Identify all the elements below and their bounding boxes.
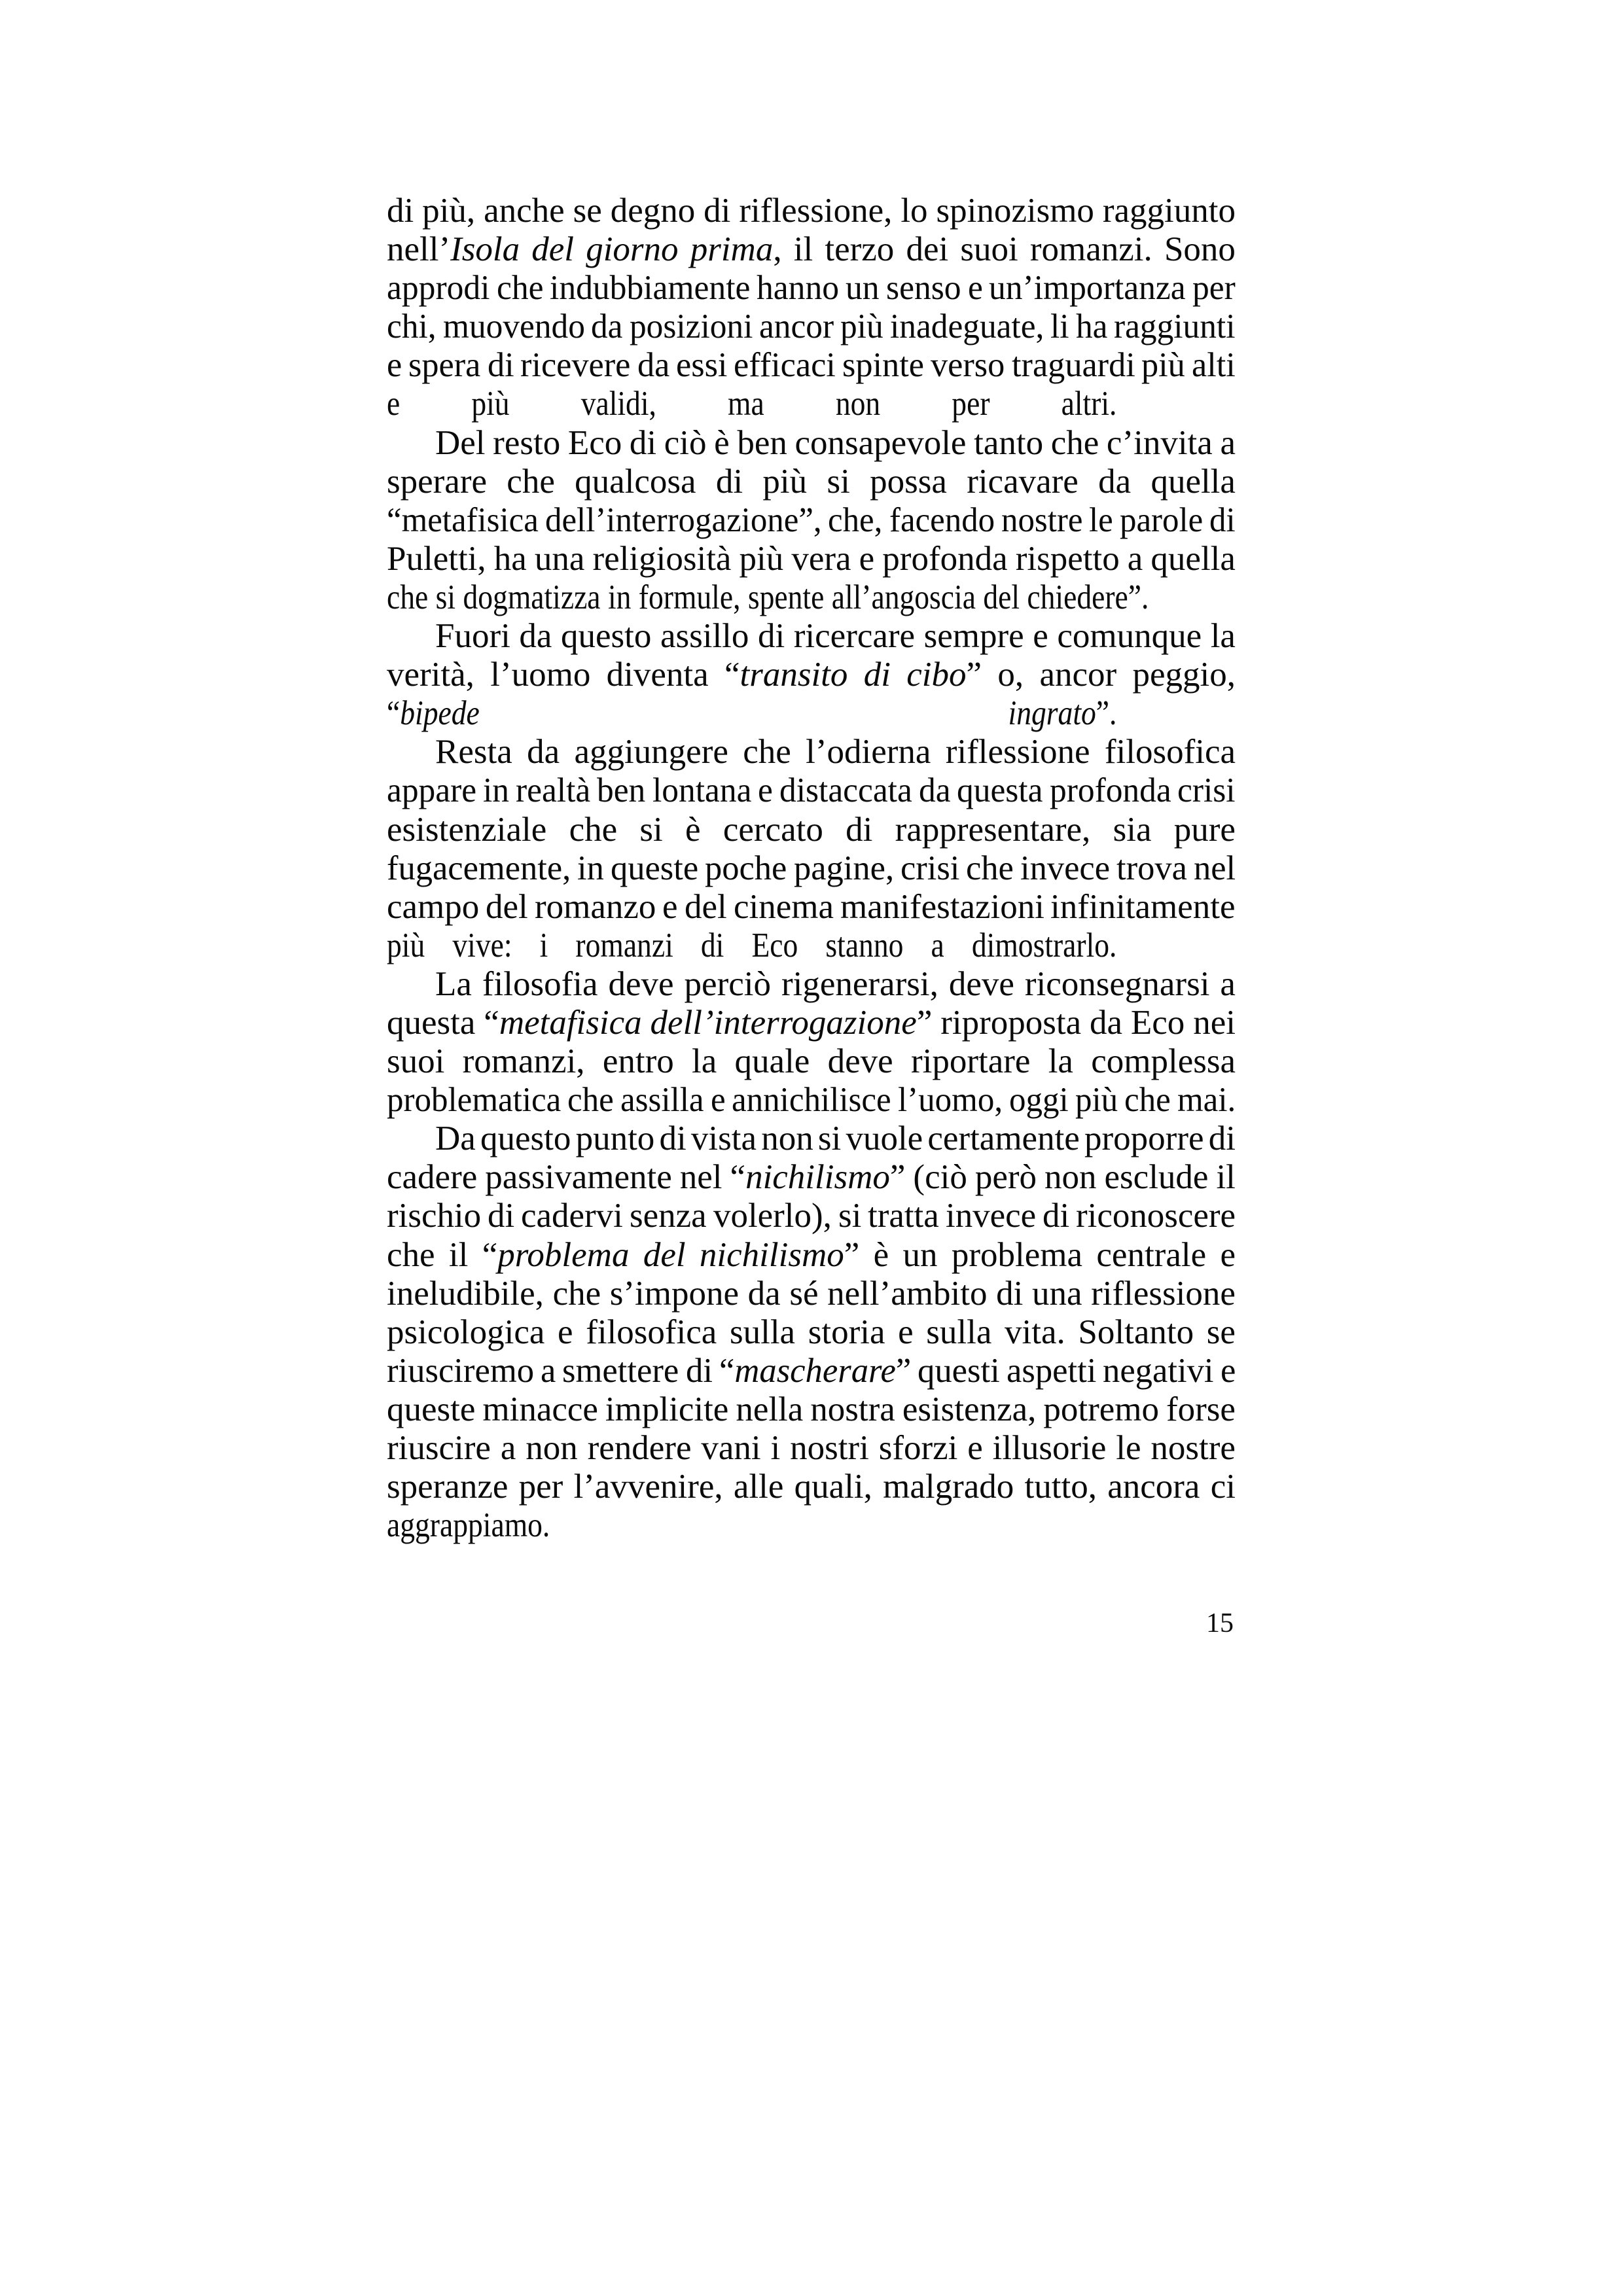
- text: a: [1220, 965, 1236, 1003]
- word: a: [1220, 965, 1236, 1004]
- word: li: [1050, 308, 1069, 346]
- text-line: aggrappiamo.: [387, 1506, 1236, 1545]
- word: in: [608, 578, 631, 617]
- text: filosofica: [1105, 733, 1236, 771]
- text: l’odierna: [806, 733, 931, 771]
- word: possa: [870, 463, 947, 501]
- text: di: [1043, 1197, 1069, 1235]
- word: vuole: [846, 1120, 923, 1158]
- text: nel: [1194, 849, 1236, 887]
- text: romanzi: [575, 927, 673, 964]
- text: Resta: [435, 733, 512, 771]
- word: del: [643, 1236, 686, 1275]
- text: “: [387, 694, 400, 732]
- text: che: [497, 269, 544, 307]
- text: Del: [435, 424, 486, 462]
- word: efficaci: [734, 346, 834, 385]
- text: poche: [705, 849, 787, 887]
- text: nostra: [810, 1390, 895, 1428]
- word: pure: [1174, 811, 1236, 849]
- text: nostre: [1150, 1429, 1236, 1467]
- word: s’impone: [610, 1275, 739, 1313]
- text: efficaci: [734, 346, 836, 384]
- text: è: [874, 1236, 889, 1274]
- text: da: [1098, 463, 1131, 501]
- word: psicologica: [387, 1313, 544, 1352]
- text: questa: [957, 771, 1043, 809]
- text: c’invita: [1107, 424, 1213, 462]
- text: i: [540, 927, 548, 964]
- word: quali,: [794, 1468, 872, 1506]
- word: da: [748, 1275, 781, 1313]
- text: profonda: [882, 540, 1007, 578]
- word: deve: [609, 965, 674, 1004]
- word: che: [1051, 424, 1099, 463]
- word: e: [859, 540, 875, 578]
- word: nostre: [1150, 1429, 1236, 1468]
- word: spinozismo: [936, 192, 1094, 230]
- word: è: [874, 1236, 889, 1275]
- text: lo: [901, 192, 927, 230]
- word: “bipede: [387, 694, 480, 733]
- text: posizioni: [630, 308, 753, 345]
- word: riconsegnarsi: [1025, 965, 1210, 1004]
- word: di: [758, 617, 785, 656]
- word: inadeguate,: [890, 308, 1039, 346]
- text: vani: [701, 1429, 760, 1467]
- text: più: [840, 308, 883, 345]
- text: complessa: [1091, 1042, 1236, 1080]
- text: più: [762, 463, 807, 501]
- text-line: e più validi, ma non per altri.: [387, 385, 1236, 423]
- text: in: [483, 771, 509, 809]
- text: ”: [890, 1158, 906, 1196]
- word: un: [846, 269, 878, 308]
- word: degno: [611, 192, 696, 230]
- word: esistenza,: [902, 1390, 1037, 1429]
- text: ha: [494, 540, 527, 578]
- text: dimostrarlo.: [972, 927, 1117, 964]
- word: sperare: [387, 463, 487, 501]
- text: manifestazioni: [840, 888, 1044, 926]
- word: da: [1090, 1004, 1122, 1042]
- text: di: [488, 346, 514, 384]
- word: e: [968, 269, 982, 308]
- word: senza: [630, 1197, 706, 1235]
- text: “: [730, 1158, 746, 1196]
- word: che: [497, 269, 543, 308]
- word: del: [983, 578, 1020, 617]
- word: di: [659, 1120, 686, 1158]
- word: il: [449, 1236, 468, 1275]
- text: da: [1090, 1004, 1122, 1042]
- text: ricavare: [967, 463, 1079, 501]
- word: di: [387, 192, 414, 230]
- word: traguardi: [1012, 346, 1133, 385]
- text: di: [701, 927, 724, 964]
- text: punto: [576, 1120, 655, 1157]
- word: filosofia: [482, 965, 598, 1004]
- word: più: [1075, 1081, 1116, 1120]
- text: che: [567, 1081, 614, 1119]
- text: essi: [676, 346, 727, 384]
- text: le: [1116, 1429, 1141, 1467]
- text: cadervi: [521, 1197, 623, 1235]
- text: in: [608, 578, 631, 616]
- word: senso: [886, 269, 959, 308]
- word: trova: [1116, 849, 1186, 888]
- word: illusorie: [993, 1429, 1107, 1468]
- text-line: rischiodicadervisenzavolerlo),sitrattain…: [387, 1197, 1236, 1235]
- word: tanto: [974, 424, 1043, 463]
- text: cinema: [734, 888, 834, 926]
- italic-text: nichilismo: [700, 1236, 844, 1274]
- word: filosofica: [586, 1313, 717, 1352]
- word: muovendo: [443, 308, 580, 346]
- word: e: [387, 346, 402, 385]
- text: che: [569, 811, 618, 849]
- text: filosofica: [586, 1313, 717, 1351]
- word: Del: [435, 424, 486, 463]
- word: del: [531, 230, 574, 269]
- word: nell’ambito: [827, 1275, 987, 1313]
- word: rischio: [387, 1197, 481, 1235]
- word: che: [743, 733, 791, 771]
- paragraph-first-line: Lafilosofiadeveperciòrigenerarsi,deveric…: [387, 965, 1236, 1004]
- word: si: [827, 463, 849, 501]
- text-line: questa“metafisicadell’interrogazione”rip…: [387, 1004, 1236, 1042]
- word: lo: [901, 192, 927, 230]
- word: più,: [422, 192, 475, 230]
- word: da: [637, 346, 669, 385]
- word: negativi: [1103, 1352, 1213, 1390]
- word: l’uomo,: [898, 1081, 999, 1120]
- text-line: psicologicaefilosoficasullastoriaesullav…: [387, 1313, 1236, 1352]
- text-line: cheil“problemadelnichilismo”èunproblemac…: [387, 1236, 1236, 1275]
- text: riflessione,: [739, 192, 892, 230]
- word: verità,: [387, 656, 474, 694]
- italic-text: dell’interrogazione: [651, 1004, 917, 1042]
- text: si: [827, 463, 849, 501]
- text: non: [761, 1120, 813, 1157]
- word: nichilismo”: [700, 1236, 859, 1275]
- word: le: [1116, 1429, 1141, 1468]
- word: spinte: [842, 346, 923, 385]
- word: di: [864, 656, 891, 694]
- word: di: [1209, 501, 1234, 540]
- text: assilla: [620, 1081, 704, 1119]
- word: (ciò: [913, 1158, 967, 1197]
- word: e: [662, 888, 678, 927]
- text: ha: [1076, 308, 1107, 345]
- text: e: [1220, 1236, 1236, 1274]
- text: rappresentare,: [895, 811, 1091, 849]
- text: da: [919, 771, 951, 809]
- word: dei: [906, 230, 948, 269]
- text: è: [714, 424, 730, 462]
- word: cercato: [723, 811, 823, 849]
- text: campo: [387, 888, 479, 926]
- italic-text: problema: [497, 1236, 629, 1274]
- word: formule,: [639, 578, 741, 617]
- word: a: [541, 1352, 556, 1390]
- word: quella: [1150, 463, 1236, 501]
- text: una: [535, 540, 585, 578]
- word: cibo”: [906, 656, 982, 694]
- word: la: [1211, 617, 1236, 656]
- paragraph-first-line: Fuoridaquestoassillodiricercaresempreeco…: [387, 617, 1236, 656]
- text: chiedere”.: [1027, 578, 1149, 616]
- word: le: [1089, 501, 1112, 540]
- text: vera: [791, 540, 851, 578]
- text: questo: [480, 1120, 571, 1157]
- text: più,: [422, 192, 475, 230]
- text: l’avvenire,: [574, 1468, 723, 1506]
- word: aggrappiamo.: [387, 1506, 550, 1545]
- text: anche: [484, 192, 565, 230]
- italic-text: prima: [690, 230, 774, 268]
- text: una: [1032, 1275, 1082, 1313]
- text: riconsegnarsi: [1025, 965, 1210, 1003]
- word: c’invita: [1107, 424, 1213, 463]
- text: che: [507, 463, 555, 501]
- text: ma: [728, 385, 764, 423]
- text: aggiungere: [574, 733, 728, 771]
- text: appare: [387, 771, 476, 809]
- word: invece: [1020, 849, 1109, 888]
- word: realtà: [516, 771, 588, 810]
- text: ben: [597, 771, 645, 809]
- text: nell’: [387, 230, 450, 268]
- text: questa: [387, 1004, 475, 1042]
- text: facendo: [889, 501, 995, 539]
- text: ricercare: [794, 617, 915, 655]
- word: volerlo),: [713, 1197, 832, 1235]
- text: e: [711, 1081, 726, 1119]
- text: Puletti,: [387, 540, 486, 578]
- text: qualcosa: [575, 463, 696, 501]
- text: “: [724, 656, 740, 694]
- text: e: [968, 269, 983, 307]
- word: da: [591, 308, 622, 346]
- text: di: [630, 424, 656, 462]
- italic-text: nichilismo: [745, 1158, 890, 1196]
- word: resto: [493, 424, 560, 463]
- text: ricevere: [520, 346, 630, 384]
- paragraph-first-line: Restadaaggiungerechel’odiernariflessione…: [387, 733, 1236, 771]
- word: nei: [1193, 1004, 1236, 1042]
- word: una: [535, 540, 585, 578]
- text: cadere: [387, 1158, 477, 1196]
- word: più: [762, 463, 807, 501]
- text-line: questeminacceimplicitenellanostraesisten…: [387, 1390, 1236, 1429]
- text: “: [482, 1236, 498, 1274]
- word: vani: [701, 1429, 760, 1468]
- word: ben: [597, 771, 644, 810]
- word: questo: [561, 617, 651, 656]
- word: problema: [952, 1236, 1082, 1275]
- text: e: [967, 1429, 983, 1467]
- text: da: [637, 346, 669, 384]
- text: aspetti: [1007, 1352, 1096, 1390]
- text: nostri: [790, 1429, 869, 1467]
- text-line: riusciremoasmetteredi“mascherare”questia…: [387, 1352, 1236, 1390]
- text: alti: [1192, 346, 1236, 384]
- text: possa: [870, 463, 947, 501]
- text-line: che si dogmatizza in formule, spente all…: [387, 578, 1236, 617]
- word: un’importanza: [989, 269, 1180, 308]
- word: che: [387, 578, 428, 617]
- text: realtà: [516, 771, 590, 809]
- word: dell’interrogazione”,: [545, 501, 811, 540]
- text: terzo: [825, 230, 894, 268]
- text: infinitamente: [1050, 888, 1235, 926]
- text: rigenerarsi,: [781, 965, 938, 1003]
- italic-text: giorno: [586, 230, 678, 268]
- word: ben: [737, 424, 787, 463]
- text: ”: [844, 1236, 860, 1274]
- word: i: [540, 927, 548, 965]
- word: ricavare: [967, 463, 1079, 501]
- text: tutto,: [1025, 1468, 1097, 1506]
- word: deve: [949, 965, 1014, 1004]
- italic-text: del: [531, 230, 574, 268]
- text: di: [996, 1275, 1023, 1313]
- body-text: dipiù,anchesedegnodiriflessione,lospinoz…: [387, 192, 1236, 1545]
- word: si: [838, 1197, 861, 1235]
- text: quale: [735, 1042, 810, 1080]
- text: parole: [1120, 501, 1203, 539]
- word: alle: [734, 1468, 784, 1506]
- word: ingrato”.: [1008, 694, 1117, 733]
- word: sforzi: [879, 1429, 958, 1468]
- word: Fuori: [435, 617, 510, 656]
- text: li: [1050, 308, 1069, 345]
- text: ancora: [1107, 1468, 1200, 1506]
- word: nel: [1194, 849, 1236, 888]
- word: e: [1220, 1236, 1236, 1275]
- word: Resta: [435, 733, 512, 771]
- text: quella: [1150, 463, 1236, 501]
- word: questa: [387, 1004, 475, 1042]
- word: non: [1044, 1158, 1097, 1197]
- word: più: [840, 308, 882, 346]
- text: altri.: [1061, 385, 1117, 423]
- text: senso: [886, 269, 961, 307]
- word: questi: [918, 1352, 999, 1390]
- word: Puletti,: [387, 540, 486, 578]
- text: riflessione: [946, 733, 1090, 771]
- text: senza: [630, 1197, 707, 1235]
- text: a: [931, 927, 944, 964]
- word: ricevere: [520, 346, 629, 385]
- word: queste: [387, 1390, 475, 1429]
- word: appare: [387, 771, 474, 810]
- text: negativi: [1103, 1352, 1214, 1390]
- word: o,: [997, 656, 1024, 694]
- word: riusciremo: [387, 1352, 533, 1390]
- text: un’importanza: [989, 269, 1186, 307]
- word: vive:: [452, 927, 512, 965]
- italic-text: del: [643, 1236, 686, 1274]
- text: se: [573, 192, 602, 230]
- word: vera: [791, 540, 851, 578]
- text-line: campodelromanzoedelcinemamanifestazionii…: [387, 888, 1236, 927]
- text: indubbiamente: [550, 269, 750, 307]
- word: mai.: [1177, 1081, 1234, 1120]
- text: Sono: [1164, 230, 1236, 268]
- text: da: [591, 308, 622, 345]
- text: oggi: [1009, 1081, 1069, 1119]
- text: ”: [917, 1004, 933, 1042]
- text: si: [838, 1197, 861, 1235]
- text: fugacemente,: [387, 849, 571, 887]
- text: che: [966, 849, 1014, 887]
- text: non: [1044, 1158, 1097, 1196]
- text-line: caderepassivamentenel“nichilismo”(ciòper…: [387, 1158, 1236, 1197]
- text: di: [387, 192, 414, 230]
- word: smettere: [562, 1352, 678, 1390]
- word: da: [519, 617, 552, 656]
- word: distaccata: [779, 771, 908, 810]
- text: invece: [1020, 849, 1110, 887]
- word: pagine,: [794, 849, 893, 888]
- text: e: [859, 540, 875, 578]
- word: chiedere”.: [1027, 578, 1149, 617]
- word: però: [975, 1158, 1037, 1197]
- word: quella: [1150, 540, 1236, 578]
- italic-text: bipede: [400, 694, 480, 732]
- word: lontana: [652, 771, 749, 810]
- word: “nichilismo”: [730, 1158, 906, 1197]
- word: a: [931, 927, 944, 965]
- word: romanzi: [575, 927, 673, 965]
- text-line: approdicheindubbiamentehannounsensoeun’i…: [387, 269, 1236, 308]
- word: rendere: [588, 1429, 692, 1468]
- text: ancor: [1039, 656, 1116, 694]
- word: esistenziale: [387, 811, 546, 849]
- word: assilla: [620, 1081, 701, 1120]
- text: queste: [387, 1390, 475, 1428]
- text: all’angoscia: [832, 578, 976, 616]
- word: il: [794, 230, 813, 269]
- text: si: [818, 1120, 841, 1157]
- word: ricercare: [794, 617, 915, 656]
- word: spente: [748, 578, 824, 617]
- word: assillo: [660, 617, 749, 656]
- word: se: [1207, 1313, 1236, 1352]
- text: di: [659, 1120, 686, 1157]
- word: religiosità: [593, 540, 732, 578]
- text: psicologica: [387, 1313, 544, 1351]
- word: questo: [480, 1120, 571, 1158]
- word: a: [1220, 424, 1236, 463]
- text-line: dipiù,anchesedegnodiriflessione,lospinoz…: [387, 192, 1236, 230]
- text: “: [719, 1352, 734, 1390]
- text: inadeguate,: [890, 308, 1044, 345]
- word: di: [996, 1275, 1023, 1313]
- text: ”: [967, 656, 982, 694]
- text: che: [387, 1236, 435, 1274]
- word: comunque: [1057, 617, 1202, 656]
- text: deve: [949, 965, 1014, 1003]
- word: ha: [494, 540, 527, 578]
- text: tanto: [974, 424, 1043, 462]
- text: comunque: [1057, 617, 1202, 655]
- word: non: [526, 1429, 578, 1468]
- text: rendere: [588, 1429, 692, 1467]
- word: Da: [435, 1120, 476, 1158]
